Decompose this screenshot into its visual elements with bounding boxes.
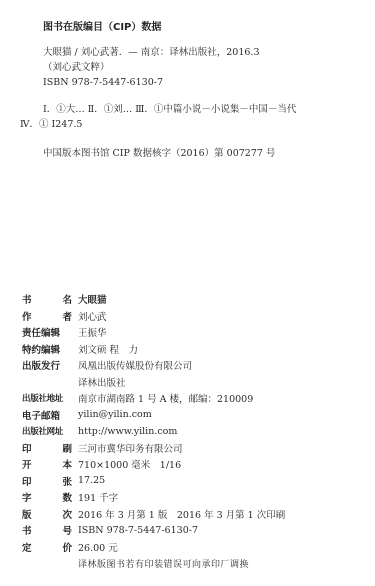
classification-line: Ⅰ．①大… Ⅱ．①刘… Ⅲ．①中篇小说－小说集－中国－当代 [43,102,296,117]
cip-classification: Ⅰ．①大… Ⅱ．①刘… Ⅲ．①中篇小说－小说集－中国－当代 Ⅳ．① I247.5 [0,102,296,132]
cip-block: 图书在版编目（CIP）数据 大眼猫 / 刘心武著．— 南京：译林出版社，2016… [43,18,363,90]
colophon-row-isbn: 书号 ISBN 978-7-5447-6130-7 [22,522,285,539]
colophon-row-author: 作者 刘心武 [22,308,285,325]
cip-series-line: （刘心武文粹） [43,60,363,75]
row-label: 责任编辑 [22,325,72,339]
row-label: 书名 [22,292,72,306]
guest-editor-value: 刘文硕 程 力 [78,342,138,356]
address-value: 南京市湖南路 1 号 A 楼，邮编：210009 [78,391,253,405]
email-value: yilin@yilin.com [78,409,152,420]
classification-line: Ⅳ．① I247.5 [20,117,296,132]
website-value: http://www.yilin.com [78,426,177,437]
row-label: 特约编辑 [22,342,72,356]
isbn-value: ISBN 978-7-5447-6130-7 [78,525,198,536]
sheets-value: 17.25 [78,475,105,486]
publisher-imprint-value: 译林出版社 [78,375,126,389]
colophon-row-website: 出版社网址 http://www.yilin.com [22,423,285,440]
colophon-row-price: 定价 26.00 元 [22,539,285,556]
colophon-row-word-count: 字数 191 千字 [22,489,285,506]
colophon-row-sheets: 印张 17.25 [22,473,285,490]
word-count-value: 191 千字 [78,490,118,504]
colophon-row-title: 书名 大眼猫 [22,291,285,308]
cip-number: 中国版本图书馆 CIP 数据核字（2016）第 007277 号 [43,145,275,159]
book-title-value: 大眼猫 [78,292,107,306]
row-label: 印刷 [22,441,72,455]
publisher-value: 凤凰出版传媒股份有限公司 [78,358,192,372]
colophon-row-printer: 印刷 三河市冀华印务有限公司 [22,440,285,457]
colophon: 书名 大眼猫 作者 刘心武 责任编辑 王振华 特约编辑 刘文硕 程 力 出版发行… [22,291,285,572]
row-label: 电子邮箱 [22,408,72,422]
row-label: 作者 [22,309,72,323]
row-label: 字数 [22,490,72,504]
cip-isbn-line: ISBN 978-7-5447-6130-7 [43,75,363,90]
colophon-row-editor: 责任编辑 王振华 [22,324,285,341]
colophon-row-email: 电子邮箱 yilin@yilin.com [22,407,285,424]
colophon-row-publisher-2: 译林出版社 [22,374,285,391]
price-value: 26.00 元 [78,540,118,554]
cip-bibliographic-line: 大眼猫 / 刘心武著．— 南京：译林出版社，2016.3 [43,45,363,60]
printer-value: 三河市冀华印务有限公司 [78,441,183,455]
row-label: 印张 [22,474,72,488]
row-label: 定价 [22,540,72,554]
cip-title: 图书在版编目（CIP）数据 [43,18,363,33]
row-label: 版次 [22,507,72,521]
row-label: 出版发行 [22,358,72,372]
colophon-row-address: 出版社地址 南京市湖南路 1 号 A 楼，邮编：210009 [22,390,285,407]
row-label: 出版社地址 [22,392,72,404]
format-value: 710×1000 毫米 1/16 [78,457,181,471]
editor-value: 王振华 [78,325,107,339]
row-label: 出版社网址 [22,425,72,437]
colophon-row-format: 开本 710×1000 毫米 1/16 [22,456,285,473]
colophon-row-publisher: 出版发行 凤凰出版传媒股份有限公司 [22,357,285,374]
print-defect-notice: 译林版图书若有印装错误可向承印厂调换 [78,555,285,572]
row-label: 书号 [22,523,72,537]
colophon-row-guest-editor: 特约编辑 刘文硕 程 力 [22,341,285,358]
row-label: 开本 [22,457,72,471]
author-value: 刘心武 [78,309,107,323]
colophon-row-edition: 版次 2016 年 3 月第 1 版 2016 年 3 月第 1 次印刷 [22,506,285,523]
edition-value: 2016 年 3 月第 1 版 2016 年 3 月第 1 次印刷 [78,507,285,521]
